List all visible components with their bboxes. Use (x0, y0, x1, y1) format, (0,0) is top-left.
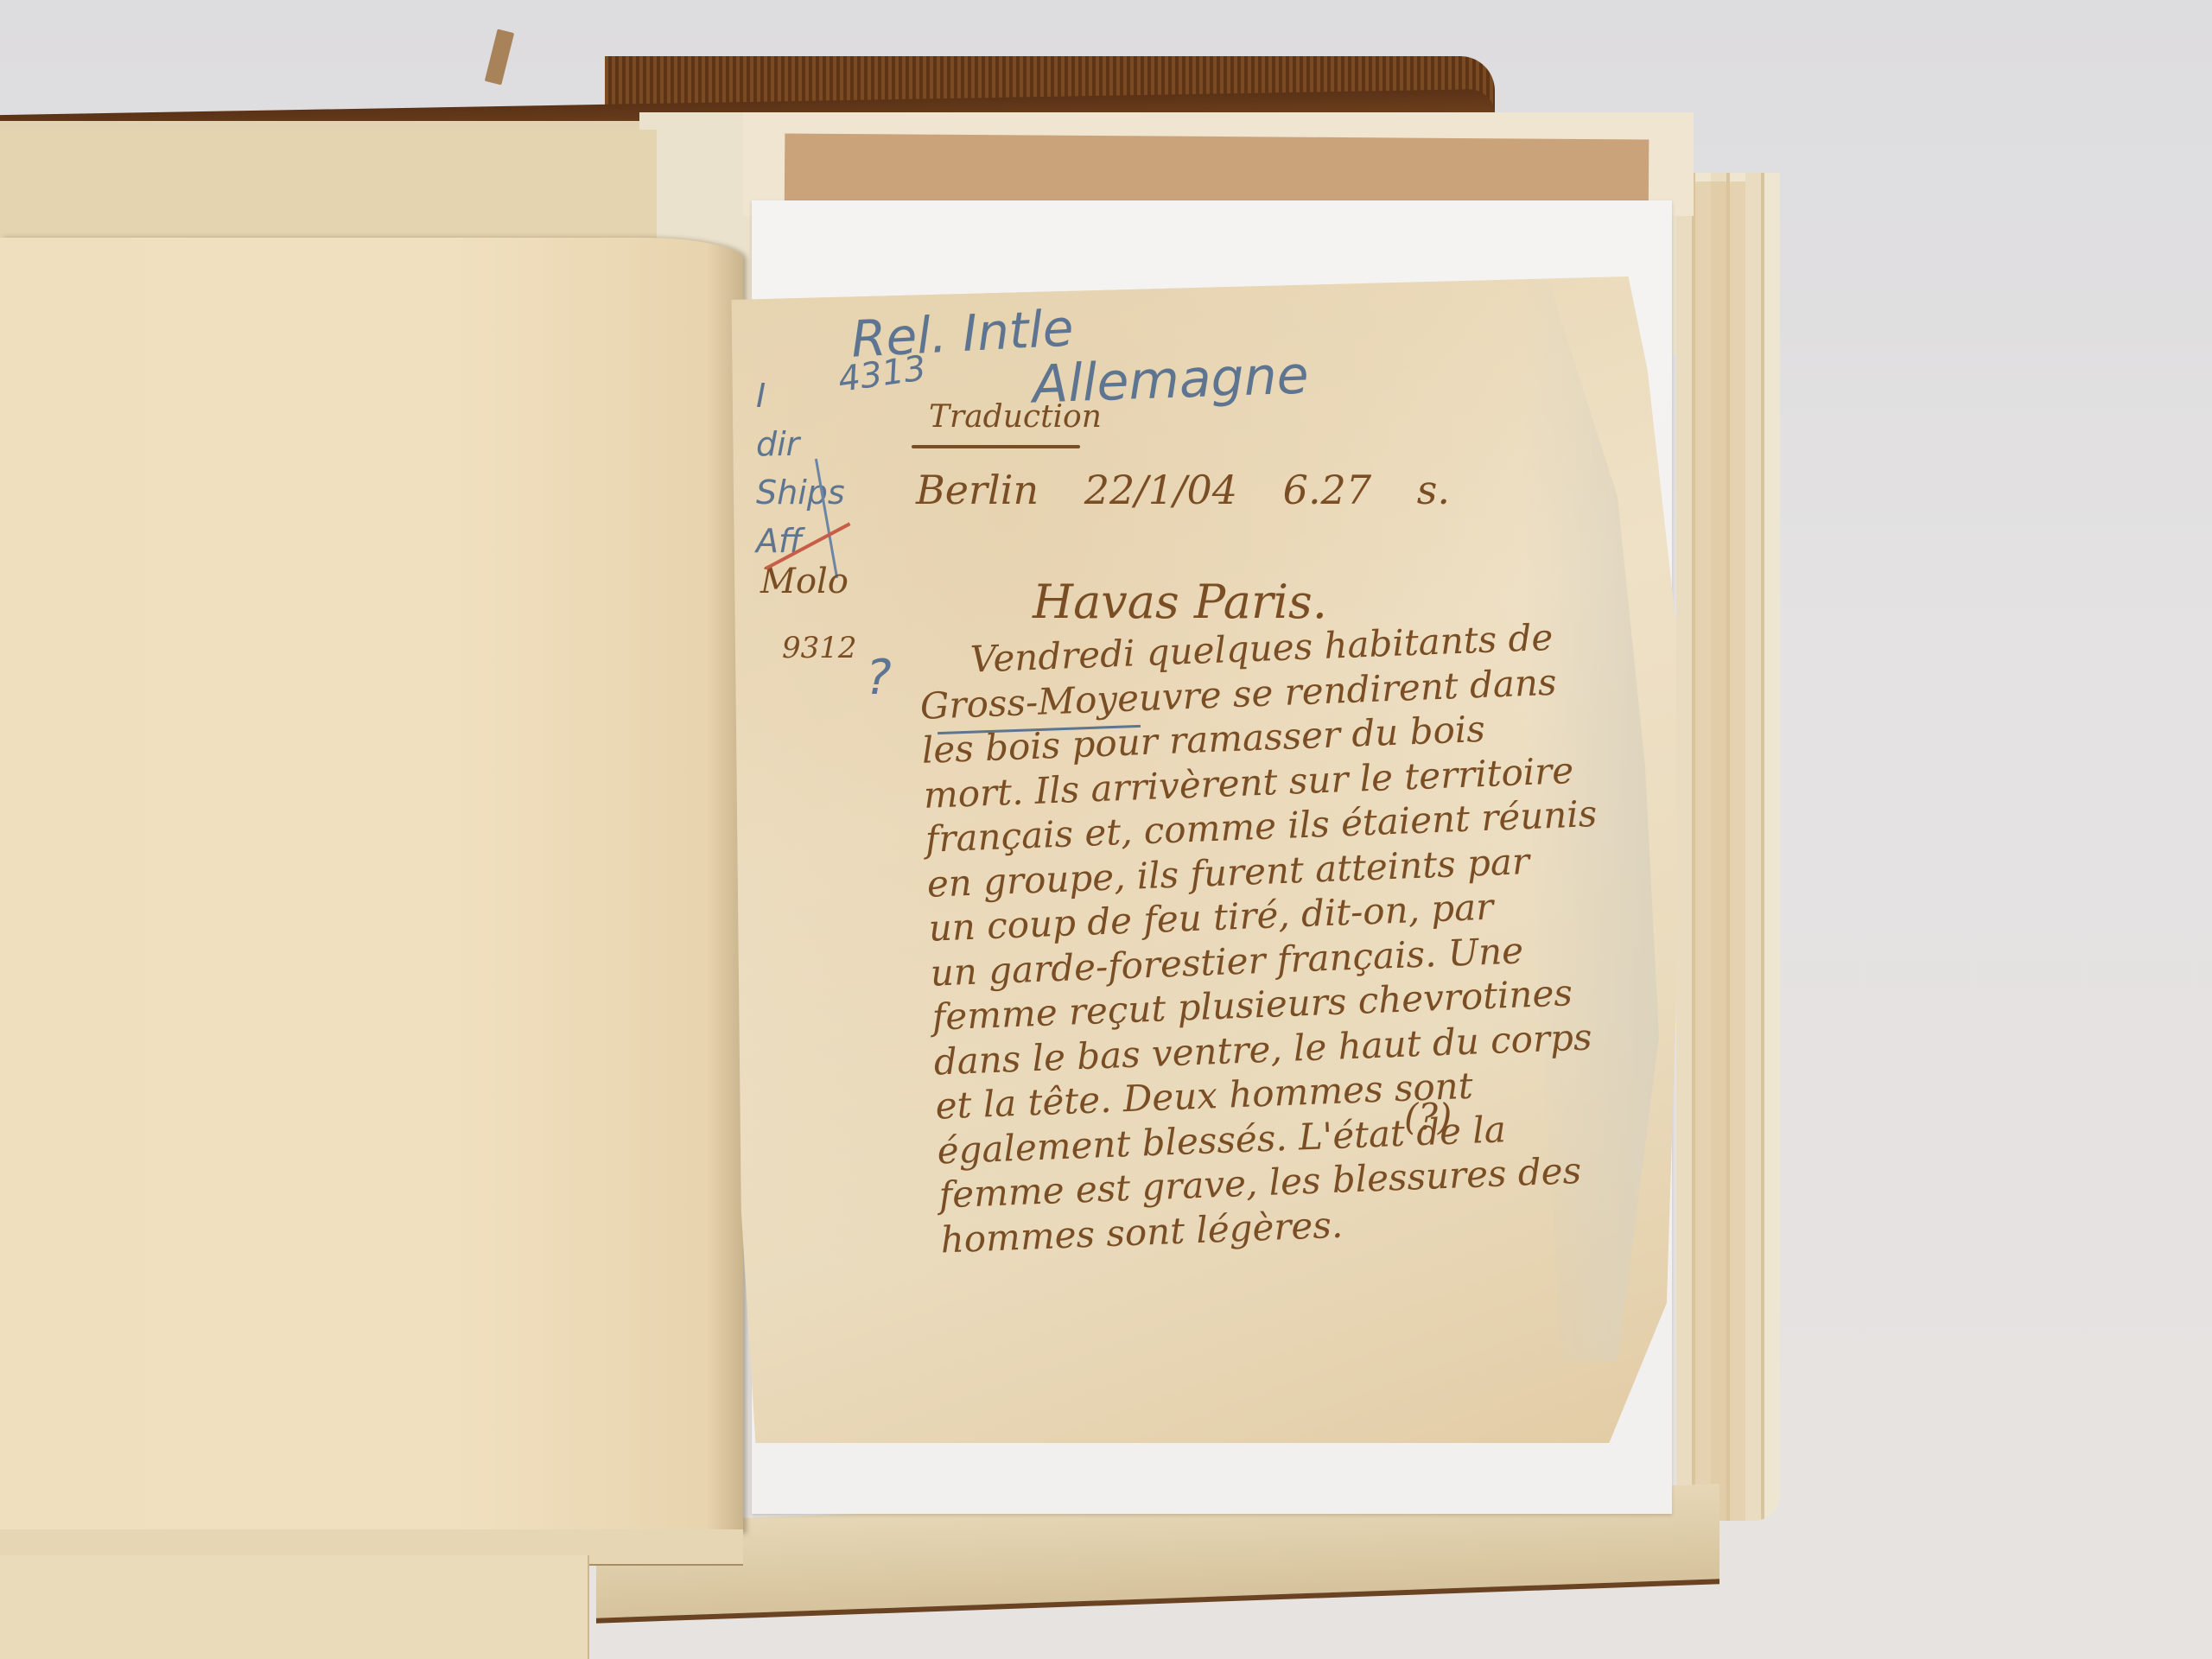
dateline: Berlin 22/1/04 6.27 s. (916, 467, 1450, 513)
addressee: Havas Paris. (1033, 575, 1327, 629)
margin-note: Ships (756, 468, 868, 517)
telegram-body: Vendredi quelques habitants de Gross-Moy… (918, 613, 1624, 1262)
dateline-date: 22/1/04 (1084, 467, 1237, 513)
margin-note: I (756, 372, 868, 420)
margin-pencil-notes: I dir Ships Aff (756, 372, 868, 565)
left-blank-page (0, 238, 743, 1534)
dateline-city: Berlin (916, 467, 1039, 513)
dateline-time: 6.27 (1283, 467, 1371, 513)
document-type-heading: Traduction (929, 399, 1102, 435)
margin-ink-number: 9312 (782, 631, 857, 665)
left-lower-sheets (0, 1555, 589, 1659)
closing-mark: (?) (1404, 1096, 1452, 1138)
paper-debris (485, 29, 514, 86)
margin-ink-note: Molo (760, 562, 849, 601)
dateline-suffix: s. (1417, 467, 1450, 513)
heading-underline (912, 445, 1080, 448)
page-stack-shadow (1694, 181, 1745, 1521)
question-mark-note: ? (866, 650, 892, 706)
margin-note: dir (756, 420, 868, 468)
